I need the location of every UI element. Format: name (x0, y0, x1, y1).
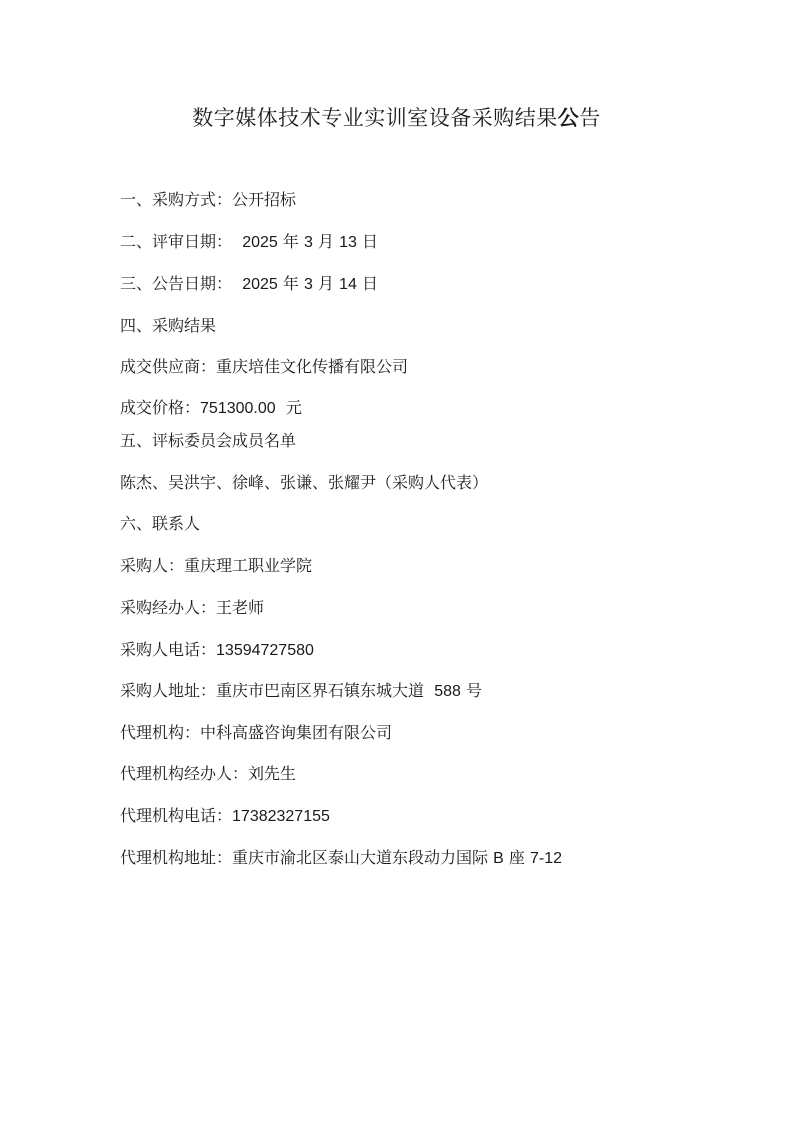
purchaser-phone-label: 采购人电话： (120, 640, 216, 659)
price-value: 751300.00 (200, 400, 276, 417)
announce-month: 3 (304, 276, 313, 293)
announce-day: 14 (339, 276, 357, 293)
price-unit: 元 (286, 398, 302, 417)
agency-phone: 代理机构电话：17382327155 (120, 806, 330, 827)
agency-agent: 代理机构经办人：刘先生 (120, 764, 296, 784)
purchaser-address-label: 采购人地址： (120, 681, 216, 700)
day-char: 日 (362, 232, 378, 251)
agency-address-label: 代理机构地址： (120, 848, 232, 867)
review-month: 3 (304, 234, 313, 251)
purchaser-label: 采购人： (120, 556, 184, 575)
purchaser-agent-value: 王老师 (216, 598, 264, 617)
agency-agent-label: 代理机构经办人： (120, 764, 248, 783)
announce-date-label: 三、公告日期： (120, 274, 232, 293)
purchaser-agent-label: 采购经办人： (120, 598, 216, 617)
agency-address-block: B (493, 850, 504, 867)
agency-phone-value: 17382327155 (232, 808, 330, 825)
method-value: 公开招标 (232, 190, 296, 209)
year-char: 年 (283, 232, 299, 251)
month-char: 月 (318, 274, 334, 293)
title-text: 数字媒体技术专业实训室设备采购结果 (192, 106, 558, 130)
agency-address-value: 重庆市渝北区泰山大道东段动力国际 (232, 848, 488, 867)
committee-heading: 五、评标委员会成员名单 (120, 431, 296, 451)
supplier-label: 成交供应商： (120, 357, 216, 376)
agency-address-zuo: 座 (509, 848, 525, 867)
review-year: 2025 (242, 234, 278, 251)
price: 成交价格：751300.00 元 (120, 398, 302, 419)
title-text-end: 告 (579, 106, 601, 130)
agency-value: 中科高盛咨询集团有限公司 (200, 723, 392, 742)
result-heading: 四、采购结果 (120, 316, 216, 336)
title-text-bold: 公 (558, 105, 580, 130)
method-label: 一、采购方式： (120, 190, 232, 209)
purchaser-address-suffix: 号 (466, 681, 482, 700)
month-char: 月 (318, 232, 334, 251)
announce-year: 2025 (242, 276, 278, 293)
purchaser-phone: 采购人电话：13594727580 (120, 640, 314, 661)
purchaser-address-number: 588 (434, 683, 461, 700)
agency-address-number: 7-12 (530, 850, 562, 867)
supplier-value: 重庆培佳文化传播有限公司 (216, 357, 408, 376)
day-char: 日 (362, 274, 378, 293)
announcement-date: 三、公告日期： 2025 年 3 月 14 日 (120, 274, 378, 295)
purchaser-address-value: 重庆市巴南区界石镇东城大道 (216, 681, 424, 700)
review-date-label: 二、评审日期： (120, 232, 232, 251)
procurement-method: 一、采购方式：公开招标 (120, 190, 296, 210)
purchaser-agent: 采购经办人：王老师 (120, 598, 264, 618)
agency-phone-label: 代理机构电话： (120, 806, 232, 825)
purchaser-phone-value: 13594727580 (216, 642, 314, 659)
agency-address: 代理机构地址：重庆市渝北区泰山大道东段动力国际 B 座 7-12 (120, 848, 562, 869)
year-char: 年 (283, 274, 299, 293)
purchaser-value: 重庆理工职业学院 (184, 556, 312, 575)
committee-members: 陈杰、吴洪宇、徐峰、张谦、张耀尹（采购人代表） (120, 473, 488, 493)
review-date: 二、评审日期： 2025 年 3 月 13 日 (120, 232, 378, 253)
purchaser-address: 采购人地址：重庆市巴南区界石镇东城大道 588 号 (120, 681, 482, 702)
price-label: 成交价格： (120, 398, 200, 417)
review-day: 13 (339, 234, 357, 251)
agency-label: 代理机构： (120, 723, 200, 742)
purchaser: 采购人：重庆理工职业学院 (120, 556, 312, 576)
agency: 代理机构：中科高盛咨询集团有限公司 (120, 723, 392, 743)
page-title: 数字媒体技术专业实训室设备采购结果公告 (0, 102, 793, 132)
agency-agent-value: 刘先生 (248, 764, 296, 783)
supplier: 成交供应商：重庆培佳文化传播有限公司 (120, 357, 408, 377)
contact-heading: 六、联系人 (120, 514, 200, 534)
